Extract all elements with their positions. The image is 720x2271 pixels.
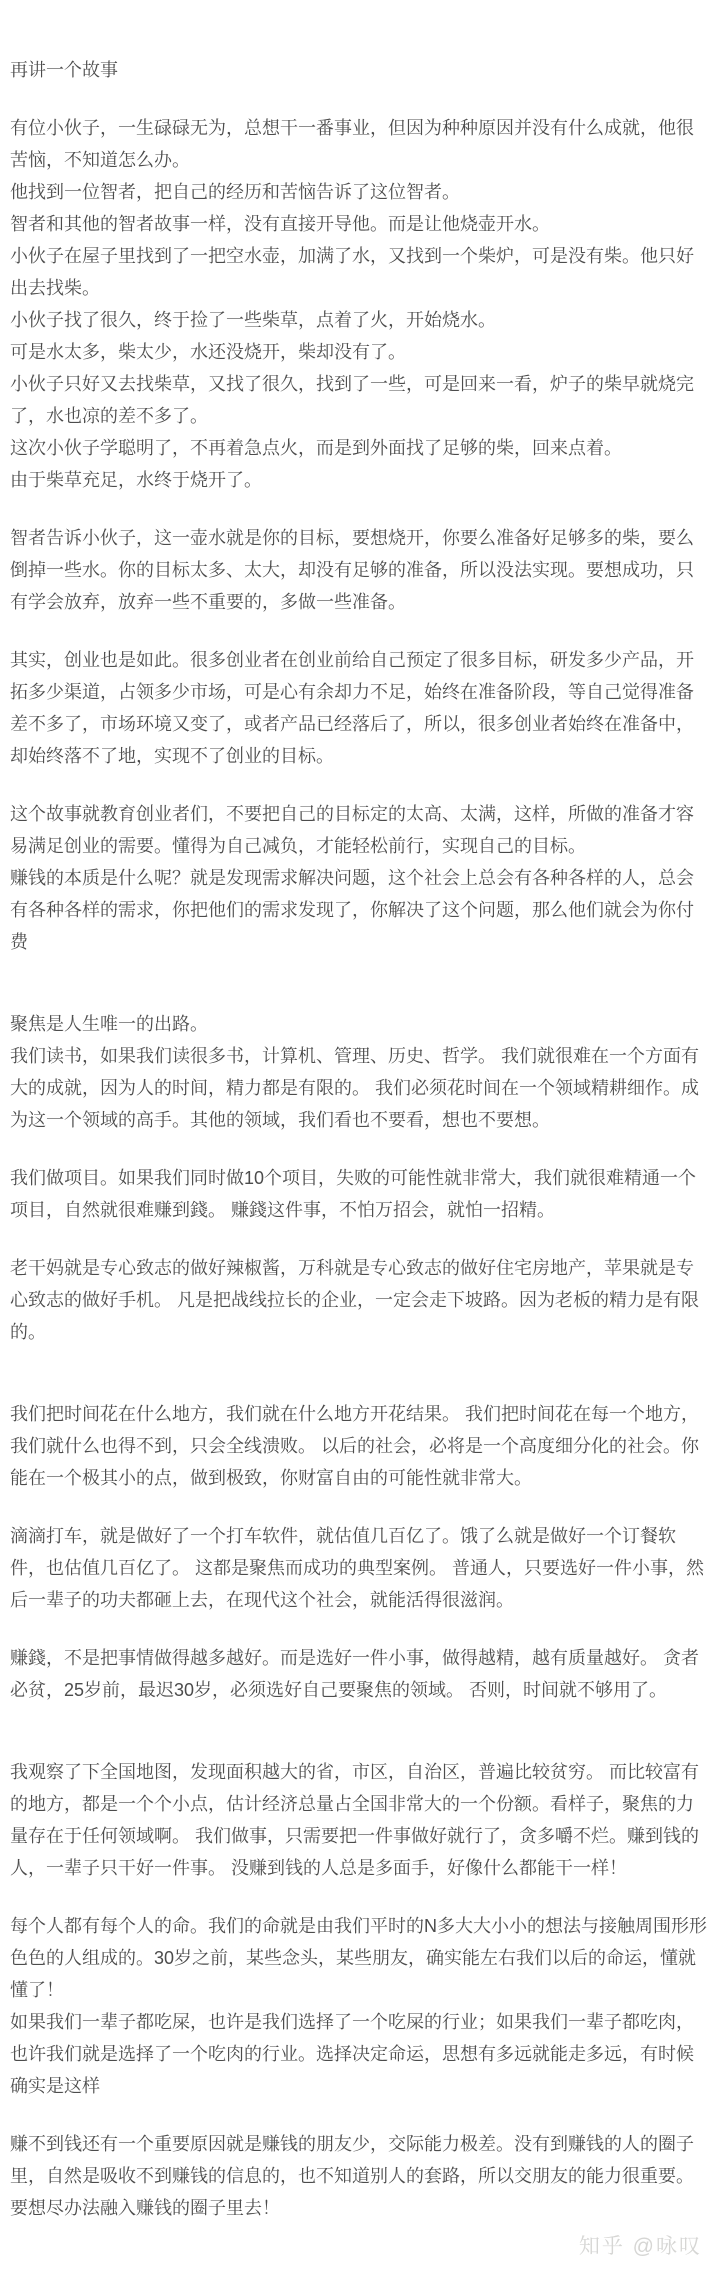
paragraph: 小伙子在屋子里找到了一把空水壶，加满了水，又找到一个柴炉，可是没有柴。他只好出去… <box>10 240 710 304</box>
paragraph: 每个人都有每个人的命。我们的命就是由我们平时的N多大大小小的想法与接触周围形形色… <box>10 1910 710 2006</box>
paragraph: 滴滴打车，就是做好了一个打车软件，就估值几百亿了。饿了么就是做好一个订餐软件，也… <box>10 1520 710 1616</box>
paragraph: 小伙子只好又去找柴草，又找了很久，找到了一些，可是回来一看，炉子的柴早就烧完了，… <box>10 368 710 432</box>
paragraph: 可是水太多，柴太少，水还没烧开，柴却没有了。 <box>10 336 710 368</box>
paragraph: 这个故事就教育创业者们，不要把自己的目标定的太高、太满，这样，所做的准备才容易满… <box>10 798 710 862</box>
paragraph: 我们做项目。如果我们同时做10个项目，失败的可能性就非常大，我们就很难精通一个项… <box>10 1162 710 1226</box>
paragraph: 他找到一位智者，把自己的经历和苦恼告诉了这位智者。 <box>10 176 710 208</box>
paragraph: 有位小伙子，一生碌碌无为，总想干一番事业，但因为种种原因并没有什么成就，他很苦恼… <box>10 112 710 176</box>
paragraph: 我们把时间花在什么地方，我们就在什么地方开花结果。 我们把时间花在每一个地方，我… <box>10 1398 710 1494</box>
paragraph: 老干妈就是专心致志的做好辣椒酱，万科就是专心致志的做好住宅房地产，苹果就是专心致… <box>10 1252 710 1348</box>
paragraph: 由于柴草充足，水终于烧开了。 <box>10 464 710 496</box>
paragraph: 我们读书，如果我们读很多书，计算机、管理、历史、哲学。 我们就很难在一个方面有大… <box>10 1040 710 1136</box>
paragraph: 智者和其他的智者故事一样，没有直接开导他。而是让他烧壶开水。 <box>10 208 710 240</box>
article-body: 再讲一个故事 有位小伙子，一生碌碌无为，总想干一番事业，但因为种种原因并没有什么… <box>0 0 720 2224</box>
paragraph: 赚不到钱还有一个重要原因就是赚钱的朋友少，交际能力极差。没有到赚钱的人的圈子里，… <box>10 2128 710 2224</box>
article-page: 再讲一个故事 有位小伙子，一生碌碌无为，总想干一番事业，但因为种种原因并没有什么… <box>0 0 720 2271</box>
paragraph: 这次小伙子学聪明了，不再着急点火，而是到外面找了足够的柴，回来点着。 <box>10 432 710 464</box>
zhihu-watermark: 知乎 @咏叹 <box>0 2230 720 2260</box>
paragraph: 我观察了下全国地图，发现面积越大的省，市区，自治区，普遍比较贫穷。 而比较富有的… <box>10 1756 710 1884</box>
paragraph: 聚焦是人生唯一的出路。 <box>10 1008 710 1040</box>
paragraph: 如果我们一辈子都吃屎，也许是我们选择了一个吃屎的行业；如果我们一辈子都吃肉，也许… <box>10 2006 710 2102</box>
paragraph: 赚錢，不是把事情做得越多越好。而是选好一件小事，做得越精，越有质量越好。 贪者必… <box>10 1642 710 1706</box>
paragraph: 其实，创业也是如此。很多创业者在创业前给自己预定了很多目标，研发多少产品，开拓多… <box>10 644 710 772</box>
paragraph: 智者告诉小伙子，这一壶水就是你的目标，要想烧开，你要么准备好足够多的柴，要么倒掉… <box>10 522 710 618</box>
paragraph: 赚钱的本质是什么呢？就是发现需求解决问题，这个社会上总会有各种各样的人，总会有各… <box>10 862 710 958</box>
paragraph: 小伙子找了很久，终于捡了一些柴草，点着了火，开始烧水。 <box>10 304 710 336</box>
article-title: 再讲一个故事 <box>10 54 710 86</box>
article-paragraphs: 有位小伙子，一生碌碌无为，总想干一番事业，但因为种种原因并没有什么成就，他很苦恼… <box>10 112 710 2224</box>
